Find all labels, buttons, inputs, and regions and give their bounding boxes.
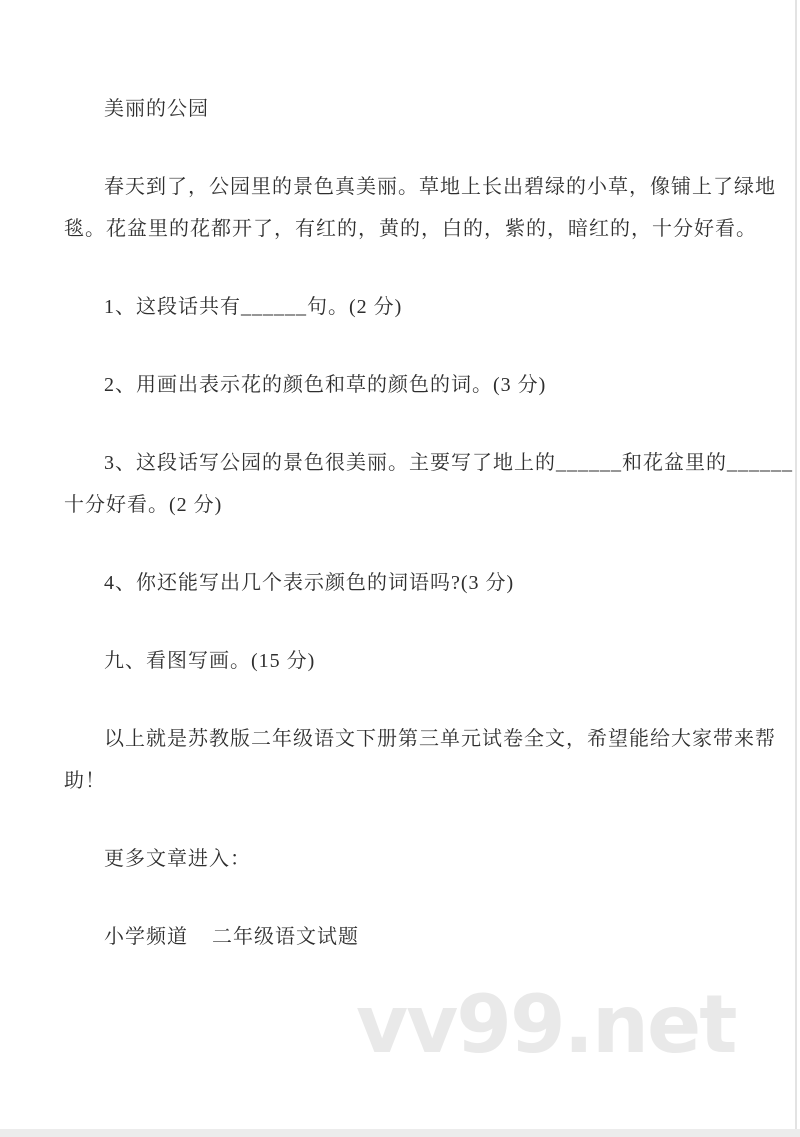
footer-links-row: 小学频道二年级语文试题 <box>64 916 738 958</box>
page-right-edge <box>795 0 797 1137</box>
question-1: 1、这段话共有______句。(2 分) <box>64 286 738 328</box>
section-nine-prompt: 九、看图写画。(15 分) <box>64 640 738 682</box>
question-3-line-2: 十分好看。(2 分) <box>64 484 738 526</box>
intro-paragraph-line-2: 毯。花盆里的花都开了，有红的，黄的，白的，紫的，暗红的，十分好看。 <box>64 208 738 250</box>
document-content: 美丽的公园 春天到了，公园里的景色真美丽。草地上长出碧绿的小草，像铺上了绿地 毯… <box>64 88 738 994</box>
closing-paragraph-line-1: 以上就是苏教版二年级语文下册第三单元试卷全文，希望能给大家带来帮 <box>64 718 738 760</box>
site-watermark: vv99.net <box>356 978 735 1071</box>
link-grade2-chinese-topic[interactable]: 二年级语文试题 <box>212 926 359 948</box>
more-articles-label: 更多文章进入： <box>64 838 738 880</box>
question-3-line-1: 3、这段话写公园的景色很美丽。主要写了地上的______和花盆里的______ <box>64 442 738 484</box>
question-2: 2、用画出表示花的颜色和草的颜色的词。(3 分) <box>64 364 738 406</box>
page-bottom-edge <box>0 1129 800 1137</box>
document-page: 美丽的公园 春天到了，公园里的景色真美丽。草地上长出碧绿的小草，像铺上了绿地 毯… <box>0 0 800 1137</box>
question-4: 4、你还能写出几个表示颜色的词语吗?(3 分) <box>64 562 738 604</box>
page-title: 美丽的公园 <box>64 88 738 130</box>
link-elementary-channel[interactable]: 小学频道 <box>104 926 188 948</box>
closing-paragraph-line-2: 助！ <box>64 760 738 802</box>
intro-paragraph-line-1: 春天到了，公园里的景色真美丽。草地上长出碧绿的小草，像铺上了绿地 <box>64 166 738 208</box>
